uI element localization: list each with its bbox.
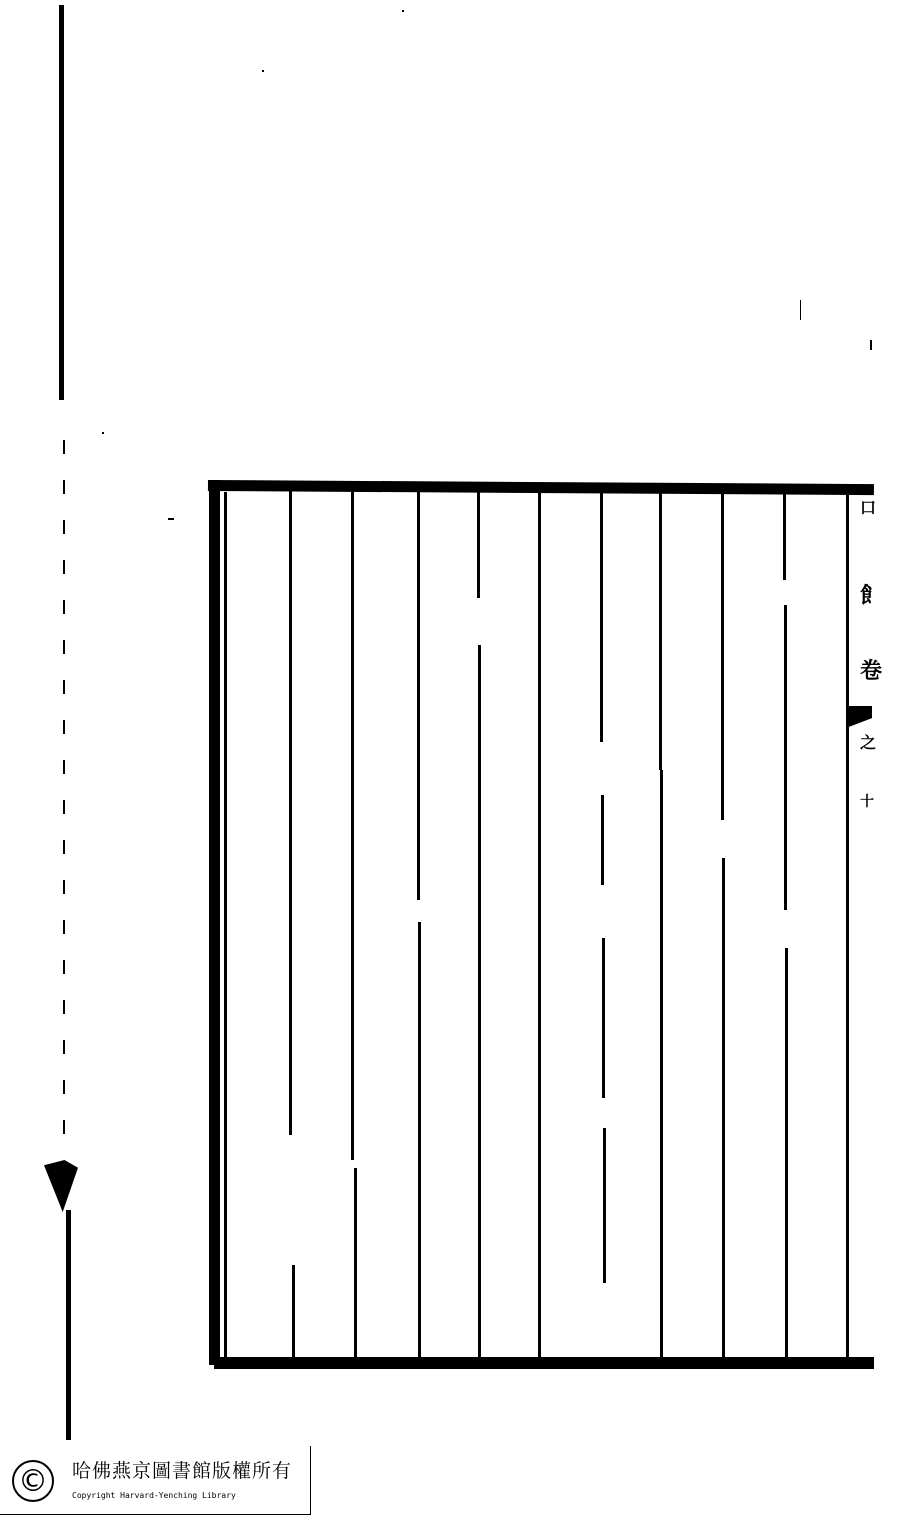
- column-rule: [538, 490, 541, 1360]
- scan-speck: [102, 432, 104, 434]
- frame-bottom-border: [214, 1357, 874, 1369]
- column-rule: [660, 770, 663, 1360]
- copyright-icon: ©: [12, 1460, 54, 1502]
- column-rule: [785, 948, 788, 1360]
- frame-left-inner-line: [224, 492, 227, 1358]
- column-rule: [354, 1168, 357, 1360]
- column-rule: [784, 605, 787, 910]
- scan-speck: [800, 300, 801, 320]
- column-rule: [600, 490, 603, 742]
- gutter-spine-line-dashed: [63, 440, 65, 1140]
- column-rule: [477, 490, 480, 598]
- scan-speck: [402, 10, 404, 12]
- center-column-glyph: 口: [860, 500, 876, 516]
- column-rule: [722, 858, 725, 1360]
- column-rule: [351, 490, 354, 1160]
- copyright-english-text: Copyright Harvard-Yenching Library: [72, 1491, 236, 1500]
- center-column-glyph: 卷: [860, 660, 882, 682]
- center-column-glyph: 十: [860, 795, 874, 809]
- frame-left-border: [209, 480, 220, 1365]
- binding-ornament-icon: [44, 1160, 78, 1212]
- fish-tail-mark-icon: [846, 706, 872, 728]
- column-rule: [289, 490, 292, 1135]
- column-rule: [478, 645, 481, 1360]
- scan-speck: [262, 70, 264, 72]
- column-rule: [783, 490, 786, 580]
- copyright-chinese-text: 哈佛燕京圖書館版權所有: [72, 1456, 292, 1483]
- column-rule: [601, 795, 604, 885]
- center-column-glyph: 飠: [860, 585, 882, 607]
- column-rule: [417, 490, 420, 900]
- column-rule: [721, 490, 724, 820]
- copyright-stamp: © 哈佛燕京圖書館版權所有 Copyright Harvard-Yenching…: [0, 1446, 311, 1515]
- gutter-spine-line: [59, 5, 64, 400]
- scan-speck: [870, 340, 872, 350]
- center-column-rule: [846, 490, 849, 1360]
- column-rule: [602, 938, 605, 1098]
- center-column-glyph: 之: [860, 735, 876, 751]
- column-rule: [292, 1265, 295, 1360]
- scan-speck: [168, 518, 174, 520]
- column-rule: [418, 922, 421, 1360]
- column-rule: [659, 490, 662, 770]
- column-rule: [603, 1128, 606, 1283]
- gutter-spine-line-lower: [66, 1210, 71, 1440]
